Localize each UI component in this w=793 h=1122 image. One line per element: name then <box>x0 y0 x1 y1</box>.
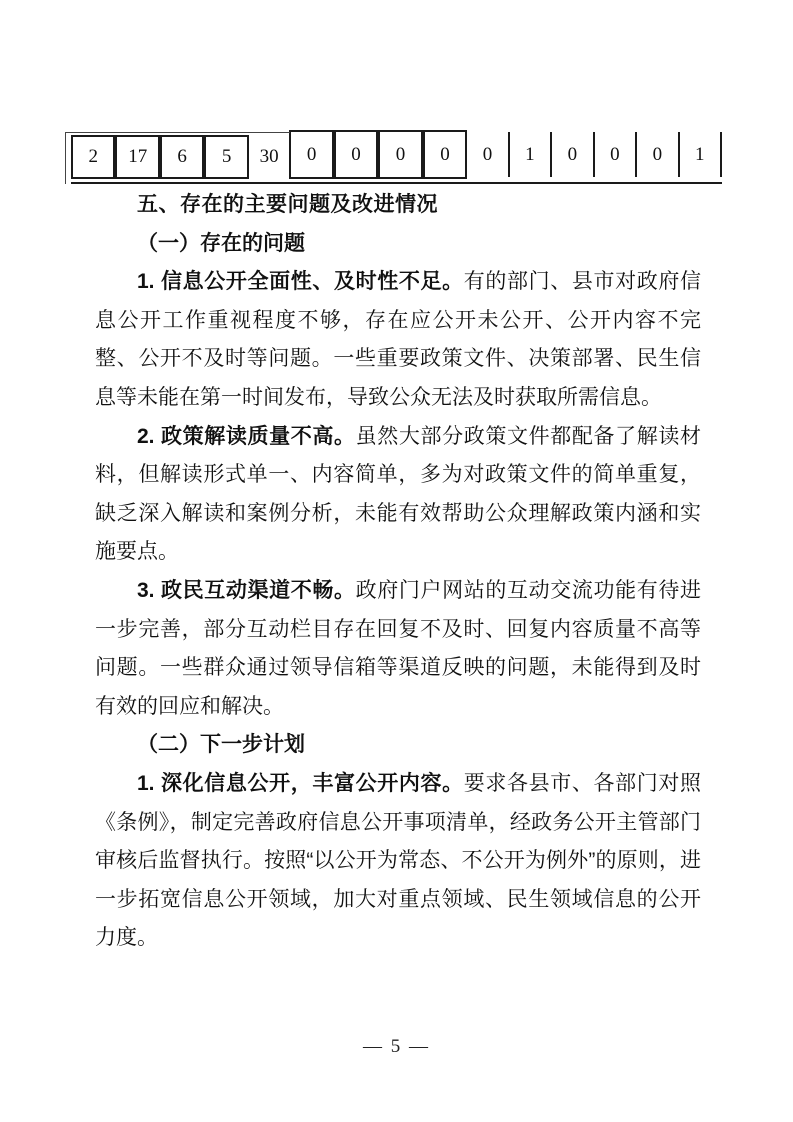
table-cell: 0 <box>552 132 594 177</box>
table-cell: 0 <box>595 132 637 177</box>
table-cell: 1 <box>510 132 552 177</box>
paragraph-lead: 1. 深化信息公开，丰富公开内容。 <box>137 772 464 795</box>
paragraph-lead: 1. 信息公开全面性、及时性不足。 <box>137 270 464 293</box>
paragraph-body: 要求各县市、各部门对照《条例》，制定完善政府信息公开事项清单，经政务公开主管部门… <box>95 772 701 949</box>
section-heading: 五、存在的主要问题及改进情况 <box>95 186 701 225</box>
table-cell: 0 <box>637 132 679 177</box>
paragraph-lead: 3. 政民互动渠道不畅。 <box>137 579 356 602</box>
table-cell: 1 <box>680 132 722 177</box>
paragraph-lead: 2. 政策解读质量不高。 <box>137 425 356 448</box>
paragraph-problem-2: 2. 政策解读质量不高。虽然大部分政策文件都配备了解读材料，但解读形式单一、内容… <box>95 418 701 572</box>
paragraph-problem-3: 3. 政民互动渠道不畅。政府门户网站的互动交流功能有待进一步完善，部分互动栏目存… <box>95 572 701 726</box>
subsection-heading-problems: （一）存在的问题 <box>95 225 701 264</box>
paragraph-plan-1: 1. 深化信息公开，丰富公开内容。要求各县市、各部门对照《条例》，制定完善政府信… <box>95 765 701 958</box>
paragraph-problem-1: 1. 信息公开全面性、及时性不足。有的部门、县市对政府信息公开工作重视程度不够，… <box>95 263 701 417</box>
table-cell: 30 <box>249 135 289 179</box>
document-page: 2 17 6 5 30 0 0 0 0 0 1 0 0 0 1 五、存在的主要问… <box>0 0 793 1122</box>
table-cell: 17 <box>115 135 159 179</box>
table-cell: 0 <box>467 132 509 177</box>
table-cell: 0 <box>378 130 422 179</box>
document-body: 五、存在的主要问题及改进情况 （一）存在的问题 1. 信息公开全面性、及时性不足… <box>95 186 701 958</box>
table-cell: 0 <box>289 130 333 179</box>
page-number: — 5 — <box>0 1036 793 1058</box>
subsection-heading-plan: （二）下一步计划 <box>95 726 701 765</box>
summary-table: 2 17 6 5 30 0 0 0 0 0 1 0 0 0 1 <box>71 128 722 184</box>
table-cell: 6 <box>160 135 204 179</box>
table-cell: 5 <box>204 135 248 179</box>
table-cell: 0 <box>423 130 467 179</box>
table-cell: 0 <box>334 130 378 179</box>
table-cell: 2 <box>71 135 115 179</box>
